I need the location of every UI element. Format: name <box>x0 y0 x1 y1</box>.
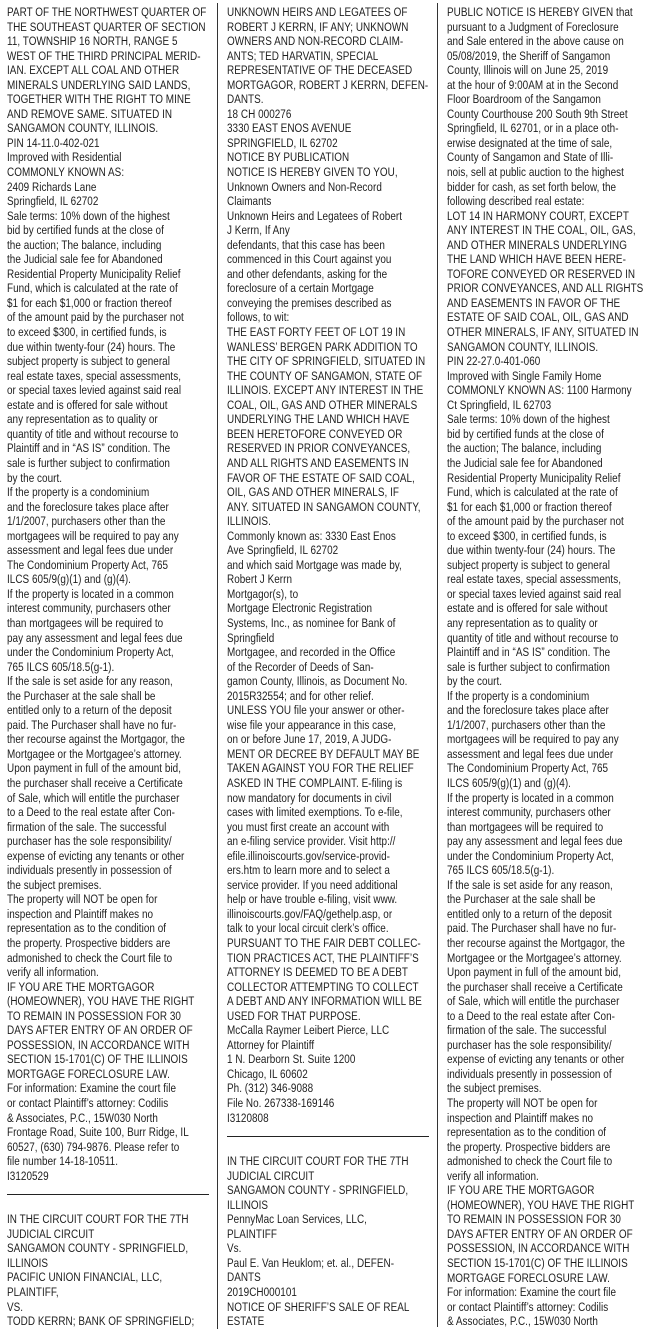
notice-text-line: the Judicial sale fee for Abandoned <box>447 456 609 471</box>
notice-text-line: representation as to the condition of <box>447 1125 609 1140</box>
notice-text-line: to exceed $300, in certified funds, is <box>7 325 169 340</box>
notice-text-line: TION PRACTICES ACT, THE PLAINTIFF’S <box>227 951 389 966</box>
notice-text-line: Plaintiff and in “AS IS” condition. The <box>447 645 609 660</box>
notice-text-line: quantity of title and without recourse t… <box>447 631 609 646</box>
notice-text-line: If the property is a condominium <box>7 485 169 500</box>
notice-text-line: ther recourse against the Mortgagor, the <box>447 936 609 951</box>
notice-text-line: the auction; The balance, including <box>7 238 169 253</box>
notice-text-line: on or before June 17, 2019, A JUDG- <box>227 732 389 747</box>
notice-text-line: Mortgage Electronic Registration <box>227 601 389 616</box>
separator-rule <box>7 1194 209 1195</box>
notice-text-line: an e-filing service provider. Visit http… <box>227 834 389 849</box>
notice-text-line: the Purchaser at the sale shall be <box>447 892 609 907</box>
notice-text-line: than mortgagees will be required to <box>7 616 169 631</box>
notice-text-line: ILLINOIS. EXCEPT ANY INTEREST IN THE <box>227 383 389 398</box>
notice-text-line: expense of evicting any tenants or other <box>7 849 169 864</box>
notice-text-line: PennyMac Loan Services, LLC, <box>227 1212 389 1227</box>
notice-text-line: or special taxes levied against said rea… <box>7 383 169 398</box>
notice-text-line: to a Deed to the real estate after Con- <box>7 805 169 820</box>
notice-text-line: IF YOU ARE THE MORTGAGOR <box>447 1183 609 1198</box>
notice-text-line: REPRESENTATIVE OF THE DECEASED <box>227 63 389 78</box>
notice-text-line: any representation as to quality or <box>447 616 609 631</box>
notice-text-line: SECTION 15-1701(C) OF THE ILLINOIS <box>447 1256 609 1271</box>
notice-text-line: PUBLIC NOTICE IS HEREBY GIVEN that <box>447 5 609 20</box>
notice-text-line: PRIOR CONVEYANCES, AND ALL RIGHTS <box>447 281 609 296</box>
notice-text-line: subject property is subject to general <box>447 558 609 573</box>
notice-text-line: If the sale is set aside for any reason, <box>7 674 169 689</box>
notice-text-line: TO REMAIN IN POSSESSION FOR 30 <box>447 1212 609 1227</box>
notice-text-line: 18 CH 000276 <box>227 107 389 122</box>
notice-text-line: Sale terms: 10% down of the highest <box>447 412 609 427</box>
notice-text-line: file number 14-18-10511. <box>7 1154 169 1169</box>
notice-text-line: purchaser has the sole responsibility/ <box>7 834 169 849</box>
notice-text-line: MORTGAGOR, ROBERT J KERRN, DEFEN- <box>227 78 389 93</box>
notice-text-line: DANTS. <box>227 92 389 107</box>
notice-text-line: Improved with Single Family Home <box>447 369 609 384</box>
notice-text-line: verify all information. <box>447 1169 609 1184</box>
notice-text-line: representation as to the condition of <box>7 921 169 936</box>
notice-text-line: Attorney for Plaintiff <box>227 1038 389 1053</box>
notice-text-line: illinoiscourts.gov/FAQ/gethelp.asp, or <box>227 907 389 922</box>
notice-text-line: Claimants <box>227 194 389 209</box>
column-right: PUBLIC NOTICE IS HEREBY GIVEN thatpursua… <box>447 5 649 1329</box>
notice-text-line: PART OF THE NORTHWEST QUARTER OF <box>7 5 169 20</box>
notice-text-line: UNLESS YOU file your answer or other- <box>227 703 389 718</box>
notice-text-line: COAL, OIL, GAS AND OTHER MINERALS <box>227 398 389 413</box>
notice-text-line: Plaintiff and in “AS IS” condition. The <box>7 441 169 456</box>
notice-text-line: USED FOR THAT PURPOSE. <box>227 1009 389 1024</box>
notice-text-line: AND ALL RIGHTS AND EASEMENTS IN <box>227 456 389 471</box>
notice-text-line: If the property is located in a common <box>7 587 169 602</box>
notice-text-line: verify all information. <box>7 965 169 980</box>
notice-text-line: estate and is offered for sale without <box>447 601 609 616</box>
notice-text-line: mortgagees will be required to pay any <box>447 732 609 747</box>
notice-text-line: I3120529 <box>7 1169 169 1184</box>
notice-text-line: MENT OR DECREE BY DEFAULT MAY BE <box>227 747 389 762</box>
notice-text-line: (HOMEOWNER), YOU HAVE THE RIGHT <box>7 994 169 1009</box>
notice-text-line: or contact Plaintiff’s attorney: Codilis <box>7 1096 169 1111</box>
notice-text-line: Mortgagor(s), to <box>227 587 389 602</box>
notice-text-line: subject property is subject to general <box>7 354 169 369</box>
notice-text-line: at the hour of 9:00AM at in the Second <box>447 78 609 93</box>
notice-text-line: Commonly known as: 3330 East Enos <box>227 529 389 544</box>
notice-text-line: entitled only to a return of the deposit <box>7 703 169 718</box>
notice-text-line: The Condominium Property Act, 765 <box>447 761 609 776</box>
notice-text-line: THE EAST FORTY FEET OF LOT 19 IN <box>227 325 389 340</box>
notice-text-line: now mandatory for documents in civil <box>227 791 389 806</box>
notice-text-line: 765 ILCS 605/18.5(g-1). <box>447 863 609 878</box>
notice-text-line: Paul E. Van Heuklom; et. al., DEFEN- <box>227 1256 389 1271</box>
column-left: PART OF THE NORTHWEST QUARTER OFTHE SOUT… <box>7 5 209 1329</box>
notice-text-line: OIL, GAS AND OTHER MINERALS, IF <box>227 485 389 500</box>
notice-text-line: The property will NOT be open for <box>447 1096 609 1111</box>
notice-text-line: TO REMAIN IN POSSESSION FOR 30 <box>7 1009 169 1024</box>
notice-text-line: ILCS 605/9(g)(1) and (g)(4). <box>447 776 609 791</box>
notice-text-line: or contact Plaintiff’s attorney: Codilis <box>447 1300 609 1315</box>
notice-text-line: $1 for each $1,000 or fraction thereof <box>447 500 609 515</box>
notice-text-line: talk to your local circuit clerk’s offic… <box>227 921 389 936</box>
notice-text-line: VS. <box>7 1300 169 1315</box>
notice-text-line: Upon payment in full of the amount bid, <box>447 965 609 980</box>
legal-notice: IN THE CIRCUIT COURT FOR THE 7THJUDICIAL… <box>227 1154 429 1329</box>
notice-text-line: COMMONLY KNOWN AS: 1100 Harmony <box>447 383 609 398</box>
notice-text-line: Ct Springfield, IL 62703 <box>447 398 609 413</box>
legal-notice: PUBLIC NOTICE IS HEREBY GIVEN thatpursua… <box>447 5 649 1329</box>
notice-text-line: POSSESSION, IN ACCORDANCE WITH <box>7 1038 169 1053</box>
notice-text-line: McCalla Raymer Leibert Pierce, LLC <box>227 1023 389 1038</box>
notice-text-line: any representation as to quality or <box>7 412 169 427</box>
legal-notice: PART OF THE NORTHWEST QUARTER OFTHE SOUT… <box>7 5 209 1183</box>
notice-text-line: POSSESSION, IN ACCORDANCE WITH <box>447 1241 609 1256</box>
notice-text-line: NOTICE IS HEREBY GIVEN TO YOU, <box>227 165 389 180</box>
notice-text-line: interest community, purchasers other <box>447 805 609 820</box>
notice-text-line: PLAINTIFF <box>227 1227 389 1242</box>
notice-text-line: ANY INTEREST IN THE COAL, OIL, GAS, <box>447 223 609 238</box>
notice-text-line: WEST OF THE THIRD PRINCIPAL MERID- <box>7 49 169 64</box>
notice-text-line: JUDICIAL CIRCUIT <box>7 1227 169 1242</box>
notice-text-line: to a Deed to the real estate after Con- <box>447 1009 609 1024</box>
notice-text-line: ROBERT J KERRN, IF ANY; UNKNOWN <box>227 20 389 35</box>
column-divider <box>217 3 218 1329</box>
notice-text-line: the Judicial sale fee for Abandoned <box>7 252 169 267</box>
notice-text-line: and Sale entered in the above cause on <box>447 34 609 49</box>
notice-text-line: IF YOU ARE THE MORTGAGOR <box>7 980 169 995</box>
notice-text-line: inspection and Plaintiff makes no <box>447 1111 609 1126</box>
notice-text-line: ILLINOIS <box>7 1256 169 1271</box>
notice-text-line: Fund, which is calculated at the rate of <box>7 281 169 296</box>
notice-text-line: FAVOR OF THE ESTATE OF SAID COAL, <box>227 471 389 486</box>
notice-text-line: 2015R32554; and for other relief. <box>227 689 389 704</box>
notice-text-line: Springfield <box>227 631 389 646</box>
notice-text-line: NOTICE BY PUBLICATION <box>227 150 389 165</box>
notice-text-line: For information: Examine the court file <box>7 1081 169 1096</box>
notice-text-line: UNDERLYING THE LAND WHICH HAVE <box>227 412 389 427</box>
notice-text-line: Residential Property Municipality Relief <box>7 267 169 282</box>
notice-text-line: County, Illinois will on June 25, 2019 <box>447 63 609 78</box>
notice-text-line: WANLESS’ BERGEN PARK ADDITION TO <box>227 340 389 355</box>
notice-text-line: IN THE CIRCUIT COURT FOR THE 7TH <box>7 1212 169 1227</box>
notice-text-line: Systems, Inc., as nominee for Bank of <box>227 616 389 631</box>
notice-text-line: bidder for cash, as set forth below, the <box>447 180 609 195</box>
notice-text-line: PIN 22-27.0-401-060 <box>447 354 609 369</box>
notice-text-line: ers.htm to learn more and to select a <box>227 863 389 878</box>
notice-text-line: MORTGAGE FORECLOSURE LAW. <box>447 1271 609 1286</box>
notice-text-line: MORTGAGE FORECLOSURE LAW. <box>7 1067 169 1082</box>
notice-text-line: individuals presently in possession of <box>447 1067 609 1082</box>
notice-text-line: the subject premises. <box>447 1081 609 1096</box>
notice-text-line: Fund, which is calculated at the rate of <box>447 485 609 500</box>
notice-text-line: service provider. If you need additional <box>227 878 389 893</box>
notice-text-line: of Sale, which will entitle the purchase… <box>447 994 609 1009</box>
notice-text-line: TODD KERRN; BANK OF SPRINGFIELD; <box>7 1314 169 1329</box>
notice-text-line: AND EASEMENTS IN FAVOR OF THE <box>447 296 609 311</box>
notice-text-line: the Purchaser at the sale shall be <box>7 689 169 704</box>
notice-text-line: ANTS; TED HARVATIN, SPECIAL <box>227 49 389 64</box>
notice-text-line: the purchaser shall receive a Certificat… <box>7 776 169 791</box>
notice-text-line: mortgagees will be required to pay any <box>7 529 169 544</box>
notice-text-line: assessment and legal fees due under <box>447 747 609 762</box>
notice-text-line: TOFORE CONVEYED OR RESERVED IN <box>447 267 609 282</box>
notice-text-line: The property will NOT be open for <box>7 892 169 907</box>
notice-text-line: MINERALS UNDERLYING SAID LANDS, <box>7 78 169 93</box>
notice-text-line: due within twenty-four (24) hours. The <box>447 543 609 558</box>
notice-text-line: estate and is offered for sale without <box>7 398 169 413</box>
notice-text-line: I3120808 <box>227 1111 389 1126</box>
notice-text-line: real estate taxes, special assessments, <box>7 369 169 384</box>
notice-text-line: foreclosure of a certain Mortgage <box>227 281 389 296</box>
notice-text-line: SANGAMON COUNTY - SPRINGFIELD, <box>7 1241 169 1256</box>
notice-text-line: and other defendants, asking for the <box>227 267 389 282</box>
notice-text-line: bid by certified funds at the close of <box>7 223 169 238</box>
notice-text-line: THE CITY OF SPRINGFIELD, SITUATED IN <box>227 354 389 369</box>
notice-text-line: and which said Mortgage was made by, <box>227 558 389 573</box>
notice-text-line: Ave Springfield, IL 62702 <box>227 543 389 558</box>
notice-text-line: The Condominium Property Act, 765 <box>7 558 169 573</box>
notice-text-line: help or have trouble e-filing, visit www… <box>227 892 389 907</box>
notice-text-line: If the sale is set aside for any reason, <box>447 878 609 893</box>
notice-text-line: purchaser has the sole responsibility/ <box>447 1038 609 1053</box>
notice-text-line: OTHER MINERALS, IF ANY, SITUATED IN <box>447 325 609 340</box>
notice-text-line: J Kerrn, If Any <box>227 223 389 238</box>
notice-text-line: of the amount paid by the purchaser not <box>447 514 609 529</box>
notice-text-line: than mortgagees will be required to <box>447 820 609 835</box>
notice-text-line: PIN 14-11.0-402-021 <box>7 136 169 151</box>
notice-text-line: LOT 14 IN HARMONY COURT, EXCEPT <box>447 209 609 224</box>
notice-text-line: following described real estate: <box>447 194 609 209</box>
notice-text-line: Unknown Owners and Non-Record <box>227 180 389 195</box>
notice-text-line: TAKEN AGAINST YOU FOR THE RELIEF <box>227 761 389 776</box>
notice-text-line: under the Condominium Property Act, <box>447 849 609 864</box>
notice-text-line: Mortgagee or the Mortgagee’s attorney. <box>7 747 169 762</box>
notice-text-line: DAYS AFTER ENTRY OF AN ORDER OF <box>7 1023 169 1038</box>
notice-text-line: Improved with Residential <box>7 150 169 165</box>
notice-text-line: of the amount paid by the purchaser not <box>7 310 169 325</box>
notice-text-line: assessment and legal fees due under <box>7 543 169 558</box>
notice-text-line: IAN. EXCEPT ALL COAL AND OTHER <box>7 63 169 78</box>
notice-text-line: Springfield, IL 62701, or in a place oth… <box>447 121 609 136</box>
notice-text-line: NOTICE OF SHERIFF’S SALE OF REAL <box>227 1300 389 1315</box>
notice-text-line: Springfield, IL 62702 <box>7 194 169 209</box>
column-divider <box>437 3 438 1327</box>
notice-text-line: inspection and Plaintiff makes no <box>7 907 169 922</box>
notice-text-line: A DEBT AND ANY INFORMATION WILL BE <box>227 994 389 1009</box>
notice-text-line: THE SOUTHEAST QUARTER OF SECTION <box>7 20 169 35</box>
notice-text-line: 11, TOWNSHIP 16 NORTH, RANGE 5 <box>7 34 169 49</box>
notice-text-line: firmation of the sale. The successful <box>447 1023 609 1038</box>
notice-text-line: nois, sell at public auction to the high… <box>447 165 609 180</box>
notice-text-line: Vs. <box>227 1241 389 1256</box>
notice-text-line: Mortgagee, and recorded in the Office <box>227 645 389 660</box>
notice-text-line: sale is further subject to confirmation <box>7 456 169 471</box>
notice-text-line: PLAINTIFF, <box>7 1285 169 1300</box>
notice-text-line: the auction; The balance, including <box>447 441 609 456</box>
notice-text-line: AND OTHER MINERALS UNDERLYING <box>447 238 609 253</box>
notice-text-line: sale is further subject to confirmation <box>447 660 609 675</box>
notice-separator <box>7 1183 209 1212</box>
notice-text-line: follows, to wit: <box>227 310 389 325</box>
notice-text-line: pursuant to a Judgment of Foreclosure <box>447 20 609 35</box>
notice-text-line: COMMONLY KNOWN AS: <box>7 165 169 180</box>
notice-text-line: paid. The Purchaser shall have no fur- <box>447 921 609 936</box>
legal-notice: IN THE CIRCUIT COURT FOR THE 7THJUDICIAL… <box>7 1212 209 1328</box>
notice-text-line: interest community, purchasers other <box>7 601 169 616</box>
separator-rule <box>227 1136 429 1137</box>
notice-text-line: If the property is a condominium <box>447 689 609 704</box>
notice-text-line: UNKNOWN HEIRS AND LEGATEES OF <box>227 5 389 20</box>
notice-text-line: File No. 267338-169146 <box>227 1096 389 1111</box>
notice-text-line: PACIFIC UNION FINANCIAL, LLC, <box>7 1270 169 1285</box>
legal-notice: UNKNOWN HEIRS AND LEGATEES OFROBERT J KE… <box>227 5 429 1125</box>
notice-text-line: THE COUNTY OF SANGAMON, STATE OF <box>227 369 389 384</box>
notice-text-line: admonished to check the Court file to <box>447 1154 609 1169</box>
notice-text-line: real estate taxes, special assessments, <box>447 572 609 587</box>
notice-text-line: efile.illinoiscourts.gov/service-provid- <box>227 849 389 864</box>
notice-text-line: ASKED IN THE COMPLAINT. E-filing is <box>227 776 389 791</box>
notice-text-line: ther recourse against the Mortgagor, the <box>7 732 169 747</box>
notice-text-line: County of Sangamon and State of Illi- <box>447 150 609 165</box>
notice-text-line: pay any assessment and legal fees due <box>7 631 169 646</box>
notice-text-line: pay any assessment and legal fees due <box>447 834 609 849</box>
notice-text-line: erwise designated at the time of sale, <box>447 136 609 151</box>
notice-text-line: JUDICIAL CIRCUIT <box>227 1169 389 1184</box>
notice-text-line: firmation of the sale. The successful <box>7 820 169 835</box>
notice-text-line: Robert J Kerrn <box>227 572 389 587</box>
notice-text-line: AND REMOVE SAME. SITUATED IN <box>7 107 169 122</box>
notice-text-line: (HOMEOWNER), YOU HAVE THE RIGHT <box>447 1198 609 1213</box>
legal-notices-page: PART OF THE NORTHWEST QUARTER OFTHE SOUT… <box>0 0 649 1329</box>
notice-text-line: SANGAMON COUNTY - SPRINGFIELD, <box>227 1183 389 1198</box>
notice-text-line: THE LAND WHICH HAVE BEEN HERE- <box>447 252 609 267</box>
notice-text-line: bid by certified funds at the close of <box>447 427 609 442</box>
notice-text-line: of Sale, which will entitle the purchase… <box>7 791 169 806</box>
notice-text-line: Frontage Road, Suite 100, Burr Ridge, IL <box>7 1125 169 1140</box>
notice-text-line: defendants, that this case has been <box>227 238 389 253</box>
notice-text-line: Ph. (312) 346-9088 <box>227 1081 389 1096</box>
notice-text-line: entitled only to a return of the deposit <box>447 907 609 922</box>
notice-text-line: DANTS <box>227 1270 389 1285</box>
notice-text-line: ATTORNEY IS DEEMED TO BE A DEBT <box>227 965 389 980</box>
column-middle: UNKNOWN HEIRS AND LEGATEES OFROBERT J KE… <box>227 5 429 1329</box>
notice-text-line: Residential Property Municipality Relief <box>447 471 609 486</box>
notice-text-line: 1/1/2007, purchasers other than the <box>447 718 609 733</box>
notice-text-line: BEEN HERETOFORE CONVEYED OR <box>227 427 389 442</box>
notice-text-line: 1/1/2007, purchasers other than the <box>7 514 169 529</box>
notice-text-line: RESERVED IN PRIOR CONVEYANCES, <box>227 441 389 456</box>
notice-text-line: TOGETHER WITH THE RIGHT TO MINE <box>7 92 169 107</box>
notice-text-line: paid. The Purchaser shall have no fur- <box>7 718 169 733</box>
notice-text-line: 1 N. Dearborn St. Suite 1200 <box>227 1052 389 1067</box>
notice-text-line: 60527, (630) 794-9876. Please refer to <box>7 1140 169 1155</box>
notice-text-line: PURSUANT TO THE FAIR DEBT COLLEC- <box>227 936 389 951</box>
notice-text-line: Chicago, IL 60602 <box>227 1067 389 1082</box>
notice-text-line: expense of evicting any tenants or other <box>447 1052 609 1067</box>
notice-text-line: ANY. SITUATED IN SANGAMON COUNTY, <box>227 500 389 515</box>
notice-text-line: SECTION 15-1701(C) OF THE ILLINOIS <box>7 1052 169 1067</box>
notice-text-line: conveying the premises described as <box>227 296 389 311</box>
notice-text-line: Upon payment in full of the amount bid, <box>7 761 169 776</box>
notice-text-line: the purchaser shall receive a Certificat… <box>447 980 609 995</box>
notice-text-line: ESTATE <box>227 1314 389 1329</box>
notice-text-line: quantity of title and without recourse t… <box>7 427 169 442</box>
notice-text-line: OWNERS AND NON-RECORD CLAIM- <box>227 34 389 49</box>
notice-text-line: 3330 EAST ENOS AVENUE <box>227 121 389 136</box>
notice-text-line: Unknown Heirs and Legatees of Robert <box>227 209 389 224</box>
notice-text-line: cases with limited exemptions. To e-file… <box>227 805 389 820</box>
notice-text-line: Floor Boardroom of the Sangamon <box>447 92 609 107</box>
notice-text-line: admonished to check the Court file to <box>7 951 169 966</box>
notice-text-line: ESTATE OF SAID COAL, OIL, GAS AND <box>447 310 609 325</box>
notice-text-line: 765 ILCS 605/18.5(g-1). <box>7 660 169 675</box>
notice-text-line: ILCS 605/9(g)(1) and (g)(4). <box>7 572 169 587</box>
notice-text-line: and the foreclosure takes place after <box>447 703 609 718</box>
notice-text-line: & Associates, P.C., 15W030 North <box>447 1314 609 1329</box>
notice-text-line: gamon County, Illinois, as Document No. <box>227 674 389 689</box>
notice-text-line: SPRINGFIELD, IL 62702 <box>227 136 389 151</box>
notice-text-line: the subject premises. <box>7 878 169 893</box>
notice-text-line: COLLECTOR ATTEMPTING TO COLLECT <box>227 980 389 995</box>
notice-text-line: SANGAMON COUNTY, ILLINOIS. <box>7 121 169 136</box>
notice-text-line: and the foreclosure takes place after <box>7 500 169 515</box>
notice-text-line: County Courthouse 200 South 9th Street <box>447 107 609 122</box>
notice-text-line: For information: Examine the court file <box>447 1285 609 1300</box>
notice-text-line: the property. Prospective bidders are <box>7 936 169 951</box>
notice-text-line: Mortgagee or the Mortgagee’s attorney. <box>447 951 609 966</box>
notice-text-line: DAYS AFTER ENTRY OF AN ORDER OF <box>447 1227 609 1242</box>
notice-separator <box>227 1125 429 1154</box>
notice-text-line: by the court. <box>7 471 169 486</box>
notice-text-line: commenced in this Court against you <box>227 252 389 267</box>
notice-text-line: & Associates, P.C., 15W030 North <box>7 1111 169 1126</box>
notice-text-line: to exceed $300, in certified funds, is <box>447 529 609 544</box>
notice-text-line: or special taxes levied against said rea… <box>447 587 609 602</box>
notice-text-line: due within twenty-four (24) hours. The <box>7 340 169 355</box>
notice-text-line: If the property is located in a common <box>447 791 609 806</box>
notice-text-line: Sale terms: 10% down of the highest <box>7 209 169 224</box>
notice-text-line: 05/08/2019, the Sheriff of Sangamon <box>447 49 609 64</box>
notice-text-line: individuals presently in possession of <box>7 863 169 878</box>
notice-text-line: $1 for each $1,000 or fraction thereof <box>7 296 169 311</box>
notice-text-line: IN THE CIRCUIT COURT FOR THE 7TH <box>227 1154 389 1169</box>
notice-text-line: under the Condominium Property Act, <box>7 645 169 660</box>
notice-text-line: 2019CH000101 <box>227 1285 389 1300</box>
notice-text-line: 2409 Richards Lane <box>7 180 169 195</box>
notice-text-line: you must first create an account with <box>227 820 389 835</box>
notice-text-line: wise file your appearance in this case, <box>227 718 389 733</box>
notice-text-line: ILLINOIS <box>227 1198 389 1213</box>
notice-text-line: by the court. <box>447 674 609 689</box>
notice-text-line: SANGAMON COUNTY, ILLINOIS. <box>447 340 609 355</box>
notice-text-line: of the Recorder of Deeds of San- <box>227 660 389 675</box>
notice-text-line: the property. Prospective bidders are <box>447 1140 609 1155</box>
notice-text-line: ILLINOIS. <box>227 514 389 529</box>
